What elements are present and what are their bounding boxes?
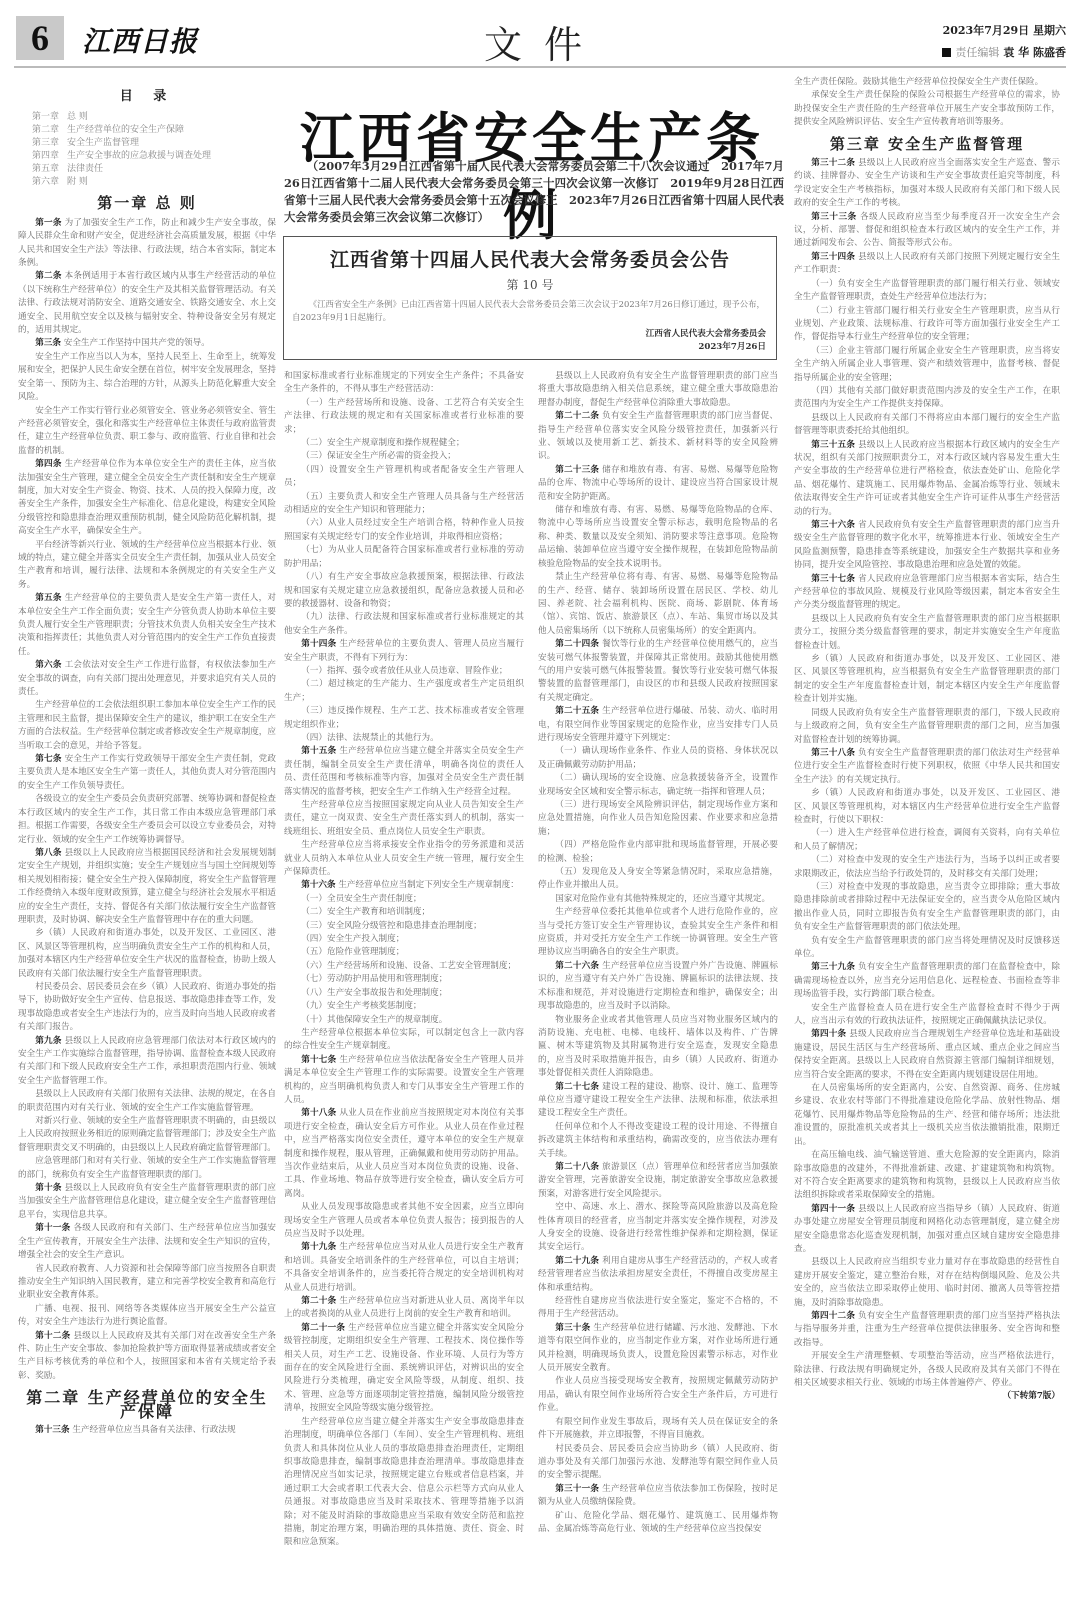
section-name: 文件 (484, 14, 604, 69)
article-paragraph: （五）主要负责人和安全生产管理人员具备与生产经营活动相适应的安全生产知识和管理能… (284, 491, 524, 518)
article-paragraph: （二）对检查中发现的安全生产违法行为，当场予以纠正或者要求限期改正，依法应当给予… (794, 854, 1060, 881)
column-1: 目 录 第一章总 则第二章生产经营单位的安全生产保障第三章安全生产监督管理第四章… (18, 76, 276, 1437)
clause-number: 第十七条 (301, 1055, 336, 1065)
article-paragraph: （六）从业人员经过安全生产培训合格，特种作业人员按照国家有关规定经专门的安全作业… (284, 517, 524, 544)
article-paragraph: （九）法律、行政法规和国家标准或者行业标准规定的其他安全生产条件。 (284, 611, 524, 638)
column-3: 县级以上人民政府负有安全生产监督管理职责的部门应当将重大事故隐患纳入相关信息系统… (538, 370, 778, 1536)
article-paragraph: （一）负有安全生产监督管理职责的部门履行相关行业、领域安全生产监督管理职责，查处… (794, 278, 1060, 305)
article-paragraph: 生产经营单位的工会依法组织职工参加本单位安全生产工作的民主管理和民主监督，提出保… (18, 699, 276, 753)
square-bullet-icon (942, 48, 951, 57)
article-paragraph: （二）确认现场的安全设施、应急救援装备齐全，设置作业现场安全区域和安全警示标志，… (538, 772, 778, 799)
article-paragraph: 同级人民政府负有安全生产监督管理职责的部门，下级人民政府与上级政府之间，负有安全… (794, 707, 1060, 747)
clause-number: 第三十五条 (811, 440, 855, 450)
article-paragraph: （二）安全生产教育和培训制度； (284, 906, 524, 919)
article-paragraph: （八）有生产安全事故应急救援预案，根据法律、行政法规和国家有关规定建立应急救援组… (284, 571, 524, 611)
article-clause: 第八条 县级以上人民政府应当根据国民经济和社会发展规划制定安全生产规划，并组织实… (18, 847, 276, 927)
clause-number: 第二条 (35, 271, 61, 281)
clause-number: 第二十五条 (555, 706, 599, 716)
toc-title: 目 录 (18, 90, 276, 103)
clause-number: 第十八条 (301, 1108, 336, 1118)
announcement-signer: 江西省人民代表大会常务委员会 (284, 328, 766, 341)
article-paragraph: （二）安全生产规章制度和操作规程健全； (284, 437, 524, 450)
article-paragraph: （四）法律、法规禁止的其他行为。 (284, 732, 524, 745)
article-paragraph: 县级以上人民政府有关部门依照有关法律、法规的规定，在各自的职责范围内对有关行业、… (18, 1088, 276, 1115)
article-paragraph: （四）设置安全生产管理机构或者配备安全生产管理人员； (284, 464, 524, 491)
article-paragraph: 第十三条 生产经营单位应当具备有关法律、行政法规 (18, 1424, 276, 1437)
clause-number: 第二十六条 (555, 961, 599, 971)
clause-number: 第二十四条 (555, 639, 599, 649)
article-paragraph: （五）发现危及人身安全等紧急情况时，采取应急措施，停止作业并撤出人员。 (538, 866, 778, 893)
clause-number: 第七条 (35, 754, 61, 764)
article-clause: 第三十五条 县级以上人民政府应当根据本行政区域内的安全生产状况，组织有关部门按照… (794, 439, 1060, 519)
article-paragraph: 乡（镇）人民政府和街道办事处，以及开发区、工业园区、港区、风景区等管理机构，对本… (794, 787, 1060, 827)
chapter-heading: 第三章 安全生产监督管理 (794, 138, 1060, 151)
article-clause: 第三十四条 县级以上人民政府有关部门按照下列规定履行安全生产工作职责： (794, 251, 1060, 278)
clause-number: 第二十九条 (555, 1256, 599, 1266)
article-paragraph: 物业服务企业或者其他管理人员应当对物业服务区域内的消防设施、充电桩、电梯、电线杆… (538, 1014, 778, 1081)
article-clause: 第六条 工会依法对安全生产工作进行监督，有权依法参加生产安全事故的调查，向有关部… (18, 659, 276, 699)
article-clause: 第四十一条 县级以上人民政府应当指导乡（镇）人民政府、街道办事处建立房屋安全管理… (794, 1203, 1060, 1257)
clause-number: 第二十条 (301, 1296, 336, 1306)
chapter-heading: 第一章 总 则 (18, 197, 276, 210)
announcement-body: 《江西省安全生产条例》已由江西省第十四届人民代表大会常务委员会第三次会议于202… (292, 298, 768, 324)
announcement-date: 2023年7月26日 (284, 341, 766, 354)
article-paragraph: （一）全员安全生产责任制度； (284, 893, 524, 906)
article-clause: 第一条 为了加强安全生产工作，防止和减少生产安全事故，保障人民群众生命和财产安全… (18, 217, 276, 271)
article-clause: 第三十三条 各级人民政府应当至少每季度召开一次安全生产会议，分析、部署、督促和组… (794, 211, 1060, 251)
toc-item: 第二章生产经营单位的安全生产保障 (18, 124, 276, 137)
clause-number: 第五条 (35, 593, 61, 603)
article-clause: 第三十条 生产经营单位进行储罐、污水池、发酵池、下水道等有限空间作业的，应当制定… (538, 1322, 778, 1376)
article-paragraph: 空中、高速、水上、潜水、探险等高风险旅游以及高危险性体育项目的经营者，应当制定并… (538, 1201, 778, 1255)
article-clause: 第二十一条 生产经营单位应当建立健全并落实安全风险分级管控制度，定期组织安全生产… (284, 1322, 524, 1416)
article-paragraph: （四）安全生产投入制度； (284, 933, 524, 946)
article-paragraph: 生产经营单位应当将承接安全作业指令的劳务派遣和灵活就业人员纳入本单位从业人员安全… (284, 839, 524, 879)
article-body: 和国家标准或者行业标准规定的下列安全生产条件；不具备安全生产条件的，不得从事生产… (284, 370, 524, 1550)
paper-name-logo: 江西日报 (82, 20, 198, 60)
article-paragraph: （二）超过核定的生产能力、生产强度或者生产定员组织生产； (284, 678, 524, 705)
article-clause: 第二十三条 储存和堆放有毒、有害、易燃、易爆等危险物品的仓库、物流中心等场所的设… (538, 464, 778, 504)
article-paragraph: 在人员密集场所的安全距离内，公安、自然资源、商务、住房城乡建设、农业农村等部门不… (794, 1082, 1060, 1149)
article-paragraph: 生产经营单位应当按照国家规定向从业人员告知安全生产责任，建立一岗双责、安全生产责… (284, 799, 524, 839)
article-paragraph: 村民委员会、居民委员会应当协助乡（镇）人民政府、街道办事处及有关部门加强污水池、… (538, 1443, 778, 1483)
clause-number: 第九条 (35, 1036, 61, 1046)
article-paragraph: 安全生产工作应当以人为本，坚持人民至上、生命至上，统筹发展和安全，把保护人民生命… (18, 351, 276, 405)
article-clause: 第二十九条 利用自建房从事生产经营活动的，产权人或者经营管理者应当依法承担房屋安… (538, 1255, 778, 1295)
article-paragraph: 县级以上人民政府负有安全生产监督管理职责的部门应当根据职责分工，按照分类分级监督… (794, 613, 1060, 653)
article-paragraph: （五）危险作业管理制度； (284, 946, 524, 959)
article-subtitle: （2007年3月29日江西省第十届人民代表大会常务委员会第二十八次会议通过 20… (284, 158, 784, 226)
article-body: 第三十二条 县级以上人民政府应当全面落实安全生产巡查、警示约谈、挂牌督办、安全生… (794, 157, 1060, 1390)
article-body: 全生产责任保险。鼓励其他生产经营单位投保安全生产责任保险。承保安全生产责任保险的… (794, 76, 1060, 130)
article-paragraph: 县级以上人民政府应当组织专业力量对存在事故隐患的经营性自建房开展安全鉴定，建立整… (794, 1256, 1060, 1310)
article-clause: 第二十二条 负有安全生产监督管理职责的部门应当督促、指导生产经营单位落实安全风险… (538, 410, 778, 464)
article-clause: 第十二条 县级以上人民政府及其有关部门对在改善安全生产条件、防止生产安全事故、参… (18, 1330, 276, 1384)
article-clause: 第二十七条 建设工程的建设、勘察、设计、施工、监理等单位应当遵守建设工程安全生产… (538, 1081, 778, 1121)
clause-number: 第三十三条 (811, 212, 857, 222)
article-clause: 第二十五条 生产经营单位进行爆破、吊装、动火、临时用电，有限空间作业等国家规定的… (538, 705, 778, 745)
article-paragraph: 平台经济等新兴行业、领域的生产经营单位应当根据本行业、领域的特点，建立健全并落实… (18, 539, 276, 593)
clause-number: 第十九条 (301, 1242, 336, 1252)
article-clause: 第二十条 生产经营单位应当对新进从业人员、离岗半年以上的或者换岗的从业人员进行上… (284, 1295, 524, 1322)
clause-number: 第三十二条 (811, 158, 855, 168)
article-paragraph: （七）为从业人员配备符合国家标准或者行业标准的劳动防护用品； (284, 544, 524, 571)
article-paragraph: 乡（镇）人民政府和街道办事处，以及开发区、工业园区、港区、风景区等管理机构，应当… (794, 653, 1060, 707)
article-clause: 第十一条 各级人民政府和有关部门、生产经营单位应当加强安全生产宣传教育，开展安全… (18, 1222, 276, 1262)
clause-number: 第十五条 (301, 746, 336, 756)
article-paragraph: 各级设立的安全生产委员会负责研究部署、统筹协调和督促检查本行政区域内的安全生产工… (18, 793, 276, 847)
article-paragraph: （三）保证安全生产所必需的资金投入； (284, 450, 524, 463)
article-clause: 第十条 县级以上人民政府负有安全生产监督管理职责的部门应当加强安全生产监督管理信… (18, 1182, 276, 1222)
article-body: 县级以上人民政府负有安全生产监督管理职责的部门应当将重大事故隐患纳入相关信息系统… (538, 370, 778, 1536)
editor-label: 责任编辑 (955, 46, 999, 59)
article-paragraph: 储存和堆放有毒、有害、易燃、易爆等危险物品的仓库、物流中心等场所应当设置安全警示… (538, 504, 778, 571)
article-paragraph: 生产经营单位委托其他单位或者个人进行危险作业的，应当与受托方签订安全生产管理协议… (538, 906, 778, 960)
article-clause: 第三十二条 县级以上人民政府应当全面落实安全生产巡查、警示约谈、挂牌督办、安全生… (794, 157, 1060, 211)
clause-number: 第四条 (35, 459, 61, 469)
clause-number: 第三十条 (555, 1323, 590, 1333)
article-paragraph: 生产经营单位根据本单位实际，可以制定包含上一款内容的综合性安全生产规章制度。 (284, 1027, 524, 1054)
clause-number: 第二十二条 (555, 411, 599, 421)
article-clause: 第二十八条 旅游景区（点）管理单位和经营者应当加强旅游安全管理，完善旅游安全设施… (538, 1161, 778, 1201)
article-paragraph: （十）其他保障安全生产的规章制度。 (284, 1014, 524, 1027)
announcement-box: 江西省第十四届人民代表大会常务委员会公告 第 10 号 《江西省安全生产条例》已… (283, 236, 777, 360)
article-clause: 第三十一条 生产经营单位应当依法参加工伤保险，按时足额为从业人员缴纳保险费。 (538, 1483, 778, 1510)
article-paragraph: （一）指挥、强令或者放任从业人员违章、冒险作业； (284, 665, 524, 678)
article-paragraph: （四）其他有关部门做好职责范围内涉及的安全生产工作，在职责范围内为安全生产工作提… (794, 385, 1060, 412)
article-paragraph: （九）安全生产考核奖惩制度； (284, 1000, 524, 1013)
toc-item: 第三章安全生产监督管理 (18, 137, 276, 150)
article-paragraph: 国家对危险作业有其他特殊规定的，还应当遵守其规定。 (538, 893, 778, 906)
article-paragraph: 安全生产监督检查人员在进行安全生产监督检查时不得少于两人，应当出示有效的行政执法… (794, 1002, 1060, 1029)
masthead-divider (14, 66, 1066, 68)
clause-number: 第一条 (35, 218, 61, 228)
clause-number: 第六条 (35, 660, 61, 670)
article-paragraph: 和国家标准或者行业标准规定的下列安全生产条件；不具备安全生产条件的，不得从事生产… (284, 370, 524, 397)
clause-number: 第十一条 (35, 1223, 70, 1233)
article-paragraph: 作业人员应当接受现场安全教育，按照规定佩戴劳动防护用品，确认有限空间作业场所符合… (538, 1375, 778, 1415)
article-paragraph: （七）劳动防护用品使用和管理制度； (284, 973, 524, 986)
article-clause: 第三十六条 省人民政府负有安全生产监督管理职责的部门应当升级安全生产监督管理的数… (794, 519, 1060, 573)
article-body: 第一条 为了加强安全生产工作，防止和减少生产安全事故，保障人民群众生命和财产安全… (18, 217, 276, 1383)
article-paragraph: 安全生产工作实行管行业必须管安全、管业务必须管安全、管生产经营必须管安全，强化和… (18, 405, 276, 459)
article-paragraph: （三）对检查中发现的事故隐患，应当责令立即排除；重大事故隐患排除前或者排除过程中… (794, 881, 1060, 935)
clause-number: 第三十七条 (811, 574, 855, 584)
table-of-contents: 第一章总 则第二章生产经营单位的安全生产保障第三章安全生产监督管理第四章生产安全… (18, 111, 276, 189)
toc-item: 第四章生产安全事故的应急救援与调查处理 (18, 150, 276, 163)
article-clause: 第十九条 生产经营单位应当对从业人员进行安全生产教育和培训。具备安全培训条件的生… (284, 1241, 524, 1295)
article-paragraph: 乡（镇）人民政府和街道办事处，以及开发区、工业园区、港区、风景区等管理机构，应当… (18, 927, 276, 981)
announcement-title: 江西省第十四届人民代表大会常务委员会公告 (284, 245, 776, 272)
article-clause: 第五条 生产经营单位的主要负责人是安全生产第一责任人，对本单位安全生产工作全面负… (18, 592, 276, 659)
article-clause: 第十七条 生产经营单位应当依法配备安全生产管理人员并满足本单位安全生产管理工作的… (284, 1054, 524, 1108)
article-paragraph: 广播、电视、报刊、网络等各类媒体应当开展安全生产公益宣传，对安全生产违法行为进行… (18, 1303, 276, 1330)
clause-number: 第十六条 (301, 880, 335, 890)
column-4: 全生产责任保险。鼓励其他生产经营单位投保安全生产责任保险。承保安全生产责任保险的… (794, 76, 1060, 1404)
article-clause: 第九条 县级以上人民政府应急管理部门依法对本行政区域内的安全生产工作实施综合监督… (18, 1035, 276, 1089)
article-paragraph: 禁止生产经营单位将有毒、有害、易燃、易爆等危险物品的生产、经营、储存、装卸场所设… (538, 571, 778, 638)
article-paragraph: （一）生产经营场所和设施、设备、工艺符合有关安全生产法律、行政法规的规定和有关国… (284, 397, 524, 437)
article-paragraph: 负有安全生产监督管理职责的部门应当将处理情况及时反馈移送单位。 (794, 935, 1060, 962)
article-paragraph: 县级以上人民政府有关部门不得将应由本部门履行的安全生产监督管理等职责委托给其他组… (794, 412, 1060, 439)
article-clause: 第十八条 从业人员在作业前应当按照规定对本岗位有关事项进行安全检查，确认安全后方… (284, 1107, 524, 1201)
article-clause: 第二十六条 生产经营单位应当设置户外广告设施、牌匾标识的，应当遵守有关户外广告设… (538, 960, 778, 1014)
article-paragraph: 有限空间作业发生事故后，现场有关人员在保证安全的条件下开展施救，并立即报警，不得… (538, 1416, 778, 1443)
article-clause: 第二条 本条例适用于本省行政区域内从事生产经营活动的单位（以下统称生产经营单位）… (18, 270, 276, 337)
editor-credit: 责任编辑袁 华 陈盛香 (942, 44, 1066, 60)
clause-number: 第十条 (35, 1183, 61, 1193)
issue-date: 2023年7月29日 星期六 (943, 22, 1066, 38)
editor-names: 袁 华 陈盛香 (1003, 46, 1066, 59)
article-paragraph: 任何单位和个人不得改变建设工程的设计用途、不得擅自拆改建筑主体结构和承重结构，确… (538, 1121, 778, 1161)
clause-number: 第三十八条 (811, 748, 855, 758)
column-2: 和国家标准或者行业标准规定的下列安全生产条件；不具备安全生产条件的，不得从事生产… (284, 370, 524, 1550)
article-paragraph: （三）进行现场安全风险辨识评估，制定现场作业方案和应急处置措施，向作业人员告知危… (538, 799, 778, 839)
article-clause: 第三条 安全生产工作坚持中国共产党的领导。 (18, 337, 276, 350)
clause-number: 第三十九条 (811, 962, 855, 972)
article-paragraph: 开展安全生产清理整顿、专项整治等活动，应当严格依法进行，除法律、行政法规有明确规… (794, 1350, 1060, 1390)
article-clause: 第三十七条 省人民政府应急管理部门应当根据本省实际，结合生产经营单位的事故风险、… (794, 573, 1060, 613)
article-paragraph: （六）生产经营场所和设施、设备、工艺安全管理制度； (284, 960, 524, 973)
toc-item: 第六章附 则 (18, 176, 276, 189)
article-paragraph: （三）企业主管部门履行所属企业安全生产管理职责，应当将安全生产纳入所属企业人事管… (794, 345, 1060, 385)
article-clause: 第十六条 生产经营单位应当制定下列安全生产规章制度： (284, 879, 524, 892)
article-paragraph: （一）进入生产经营单位进行检查，调阅有关资料，向有关单位和人员了解情况； (794, 827, 1060, 854)
clause-number: 第十二条 (35, 1331, 70, 1341)
chapter-heading: 第二章 生产经营单位的安全生产保障 (18, 1391, 276, 1418)
article-clause: 第四十条 县级人民政府应当合理规划生产经营单位选址和基础设施建设，居民生活区与生… (794, 1028, 1060, 1082)
article-paragraph: 县级以上人民政府负有安全生产监督管理职责的部门应当将重大事故隐患纳入相关信息系统… (538, 370, 778, 410)
clause-number: 第三条 (35, 338, 61, 348)
article-clause: 第三十九条 负有安全生产监督管理职责的部门在监督检查中，除确需现场检查以外，应当… (794, 961, 1060, 1001)
article-paragraph: 应急管理部门和对有关行业、领域的安全生产工作实施监督管理的部门，统称负有安全生产… (18, 1155, 276, 1182)
clause-number: 第八条 (35, 848, 61, 858)
article-paragraph: 从业人员发现事故隐患或者其他不安全因素，应当立即向现场安全生产管理人员或者本单位… (284, 1201, 524, 1241)
article-clause: 第七条 安全生产工作实行党政领导干部安全生产责任制，党政主要负责人是本地区安全生… (18, 753, 276, 793)
article-paragraph: （一）确认现场作业条件、作业人员的资格、身体状况以及正确佩戴劳动防护用品； (538, 745, 778, 772)
article-paragraph: 省人民政府教育、人力资源和社会保障等部门应当按照各自职责推动安全生产知识纳入国民… (18, 1263, 276, 1303)
article-clause: 第四十二条 负有安全生产监督管理职责的部门应当坚持严格执法与指导服务并重，注重为… (794, 1310, 1060, 1350)
article-paragraph: 全生产责任保险。鼓励其他生产经营单位投保安全生产责任保险。 (794, 76, 1060, 89)
toc-item: 第五章法律责任 (18, 163, 276, 176)
clause-number: 第二十一条 (301, 1323, 345, 1333)
clause-number: 第十四条 (301, 639, 336, 649)
article-paragraph: （三）违反操作规程、生产工艺、技术标准或者安全管理规定组织作业； (284, 705, 524, 732)
clause-number: 第三十四条 (811, 252, 855, 262)
article-clause: 第三十八条 负有安全生产监督管理职责的部门依法对生产经营单位进行安全生产监督检查… (794, 747, 1060, 787)
toc-item: 第一章总 则 (18, 111, 276, 124)
article-paragraph: 村民委员会、居民委员会在乡（镇）人民政府、街道办事处的指导下，协助做好安全生产宣… (18, 981, 276, 1035)
announcement-number: 第 10 号 (284, 276, 776, 293)
article-clause: 第十五条 生产经营单位应当建立健全并落实全员安全生产责任制，编制全员安全生产责任… (284, 745, 524, 799)
article-clause: 第十四条 生产经营单位的主要负责人、管理人员应当履行安全生产职责，不得有下列行为… (284, 638, 524, 665)
article-paragraph: （三）安全风险分级管控和隐患排查治理制度； (284, 920, 524, 933)
article-clause: 第四条 生产经营单位作为本单位安全生产的责任主体，应当依法加强安全生产管理，建立… (18, 458, 276, 538)
article-paragraph: （二）行业主管部门履行相关行业安全生产管理职责，应当从行业规划、产业政策、法规标… (794, 305, 1060, 345)
article-paragraph: 承保安全生产责任保险的保险公司根据生产经营单位的需求，协助投保安全生产责任险的生… (794, 89, 1060, 129)
article-paragraph: 经营性自建房应当依法进行安全鉴定，鉴定不合格的，不得用于生产经营活动。 (538, 1295, 778, 1322)
article-paragraph: （四）严格危险作业内部审批和现场监督管理，开展必要的检测、检验； (538, 839, 778, 866)
clause-number: 第二十八条 (555, 1162, 599, 1172)
clause-number: 第二十三条 (555, 465, 599, 475)
page-number: 6 (16, 16, 64, 60)
clause-number: 第四十条 (811, 1029, 846, 1039)
article-paragraph: 在高压输电线、油气输送管道、重大危险源的安全距离内，除消除事故隐患的改建外，不得… (794, 1149, 1060, 1203)
clause-number: 第四十二条 (811, 1311, 855, 1321)
clause-number: 第二十七条 (555, 1082, 599, 1092)
article-paragraph: （八）生产安全事故报告和处理制度； (284, 987, 524, 1000)
article-paragraph: 对新兴行业、领域的安全生产监督管理职责不明确的，由县级以上人民政府按照业务相近的… (18, 1115, 276, 1155)
article-clause: 第二十四条 餐饮等行业的生产经营单位使用燃气的，应当安装可燃气体报警装置，并保障… (538, 638, 778, 705)
article-paragraph: 矿山、危险化学品、烟花爆竹、建筑施工、民用爆炸物品、金属冶炼等高危行业、领域的生… (538, 1510, 778, 1537)
clause-number: 第四十一条 (811, 1204, 855, 1214)
masthead: 6 江西日报 文件 2023年7月29日 星期六 责任编辑袁 华 陈盛香 (14, 14, 1066, 66)
article-paragraph: 生产经营单位应当建立健全并落实生产安全事故隐患排查治理制度，明确单位各部门（车间… (284, 1416, 524, 1550)
clause-number: 第三十六条 (811, 520, 855, 530)
clause-number: 第三十一条 (555, 1484, 599, 1494)
